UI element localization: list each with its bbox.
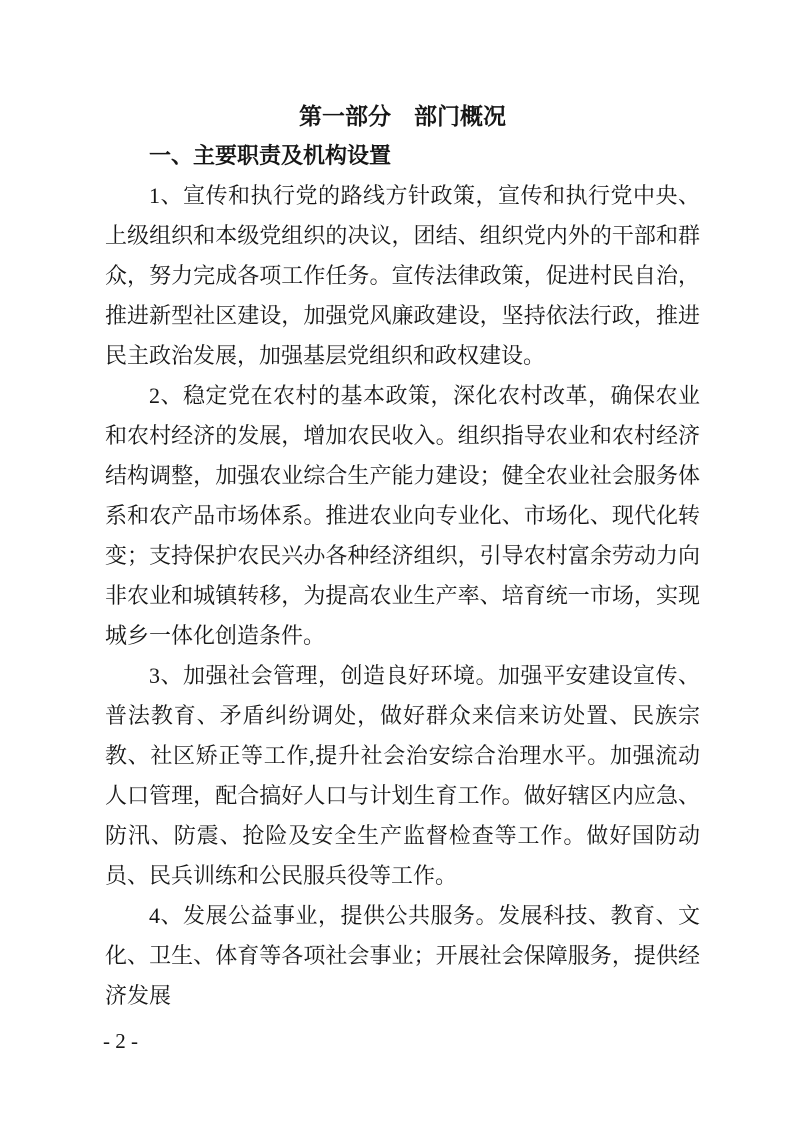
section-heading: 一、主要职责及机构设置 [105,136,700,176]
paragraph-duties-2: 2、稳定党在农村的基本政策，深化农村改革，确保农业和农村经济的发展，增加农民收入… [105,376,700,656]
document-page: 第一部分 部门概况 一、主要职责及机构设置 1、宣传和执行党的路线方针政策，宣传… [0,0,793,1122]
paragraph-duties-4: 4、发展公益事业，提供公共服务。发展科技、教育、文化、卫生、体育等各项社会事业；… [105,896,700,1016]
paragraph-duties-3: 3、加强社会管理，创造良好环境。加强平安建设宣传、普法教育、矛盾纠纷调处，做好群… [105,656,700,896]
page-number: - 2 - [103,1028,138,1054]
part-title: 第一部分 部门概况 [105,96,700,136]
paragraph-duties-1: 1、宣传和执行党的路线方针政策，宣传和执行党中央、上级组织和本级党组织的决议，团… [105,176,700,376]
document-content: 第一部分 部门概况 一、主要职责及机构设置 1、宣传和执行党的路线方针政策，宣传… [105,96,700,1016]
